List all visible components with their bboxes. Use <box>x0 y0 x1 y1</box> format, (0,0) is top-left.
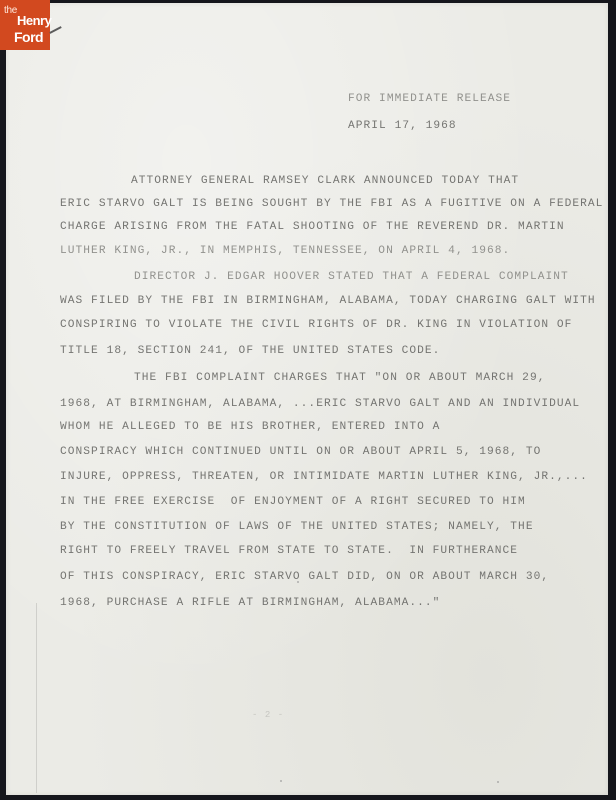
p3-line-3: WHOM HE ALLEGED TO BE HIS BROTHER, ENTER… <box>60 422 440 433</box>
paper-speck <box>280 780 282 782</box>
p1-line-2: ERIC STARVO GALT IS BEING SOUGHT BY THE … <box>60 199 603 210</box>
paper-speck <box>497 781 499 783</box>
logo-the: the <box>4 5 17 16</box>
p3-line-1: THE FBI COMPLAINT CHARGES THAT "ON OR AB… <box>134 373 545 384</box>
logo-henry: Henry <box>17 13 51 28</box>
p1-line-1: ATTORNEY GENERAL RAMSEY CLARK ANNOUNCED … <box>131 176 519 187</box>
p1-line-3: CHARGE ARISING FROM THE FATAL SHOOTING O… <box>60 222 565 233</box>
p2-line-1: DIRECTOR J. EDGAR HOOVER STATED THAT A F… <box>134 272 569 283</box>
logo-ford: Ford <box>14 29 43 45</box>
p2-line-3: CONSPIRING TO VIOLATE THE CIVIL RIGHTS O… <box>60 320 572 331</box>
release-line: FOR IMMEDIATE RELEASE <box>348 94 511 105</box>
p1-line-4: LUTHER KING, JR., IN MEMPHIS, TENNESSEE,… <box>60 246 510 257</box>
p3-line-7: BY THE CONSTITUTION OF LAWS OF THE UNITE… <box>60 522 534 533</box>
henry-ford-logo[interactable]: the Henry Ford <box>0 0 50 50</box>
paper-crease <box>36 603 37 793</box>
p3-line-5: INJURE, OPPRESS, THREATEN, OR INTIMIDATE… <box>60 472 588 483</box>
paper-speck <box>297 581 299 583</box>
p3-line-9: OF THIS CONSPIRACY, ERIC STARVO GALT DID… <box>60 572 549 583</box>
release-date: APRIL 17, 1968 <box>348 121 457 132</box>
p3-line-4: CONSPIRACY WHICH CONTINUED UNTIL ON OR A… <box>60 447 541 458</box>
page-mark: - 2 - <box>252 711 284 720</box>
p3-line-10: 1968, PURCHASE A RIFLE AT BIRMINGHAM, AL… <box>60 598 440 609</box>
p2-line-4: TITLE 18, SECTION 241, OF THE UNITED STA… <box>60 346 440 357</box>
p3-line-2: 1968, AT BIRMINGHAM, ALABAMA, ...ERIC ST… <box>60 399 580 410</box>
p3-line-6: IN THE FREE EXERCISE OF ENJOYMENT OF A R… <box>60 497 526 508</box>
document-viewer: the Henry Ford FOR IMMEDIATE RELEASE APR… <box>0 0 616 800</box>
p3-line-8: RIGHT TO FREELY TRAVEL FROM STATE TO STA… <box>60 546 518 557</box>
p2-line-2: WAS FILED BY THE FBI IN BIRMINGHAM, ALAB… <box>60 296 596 307</box>
